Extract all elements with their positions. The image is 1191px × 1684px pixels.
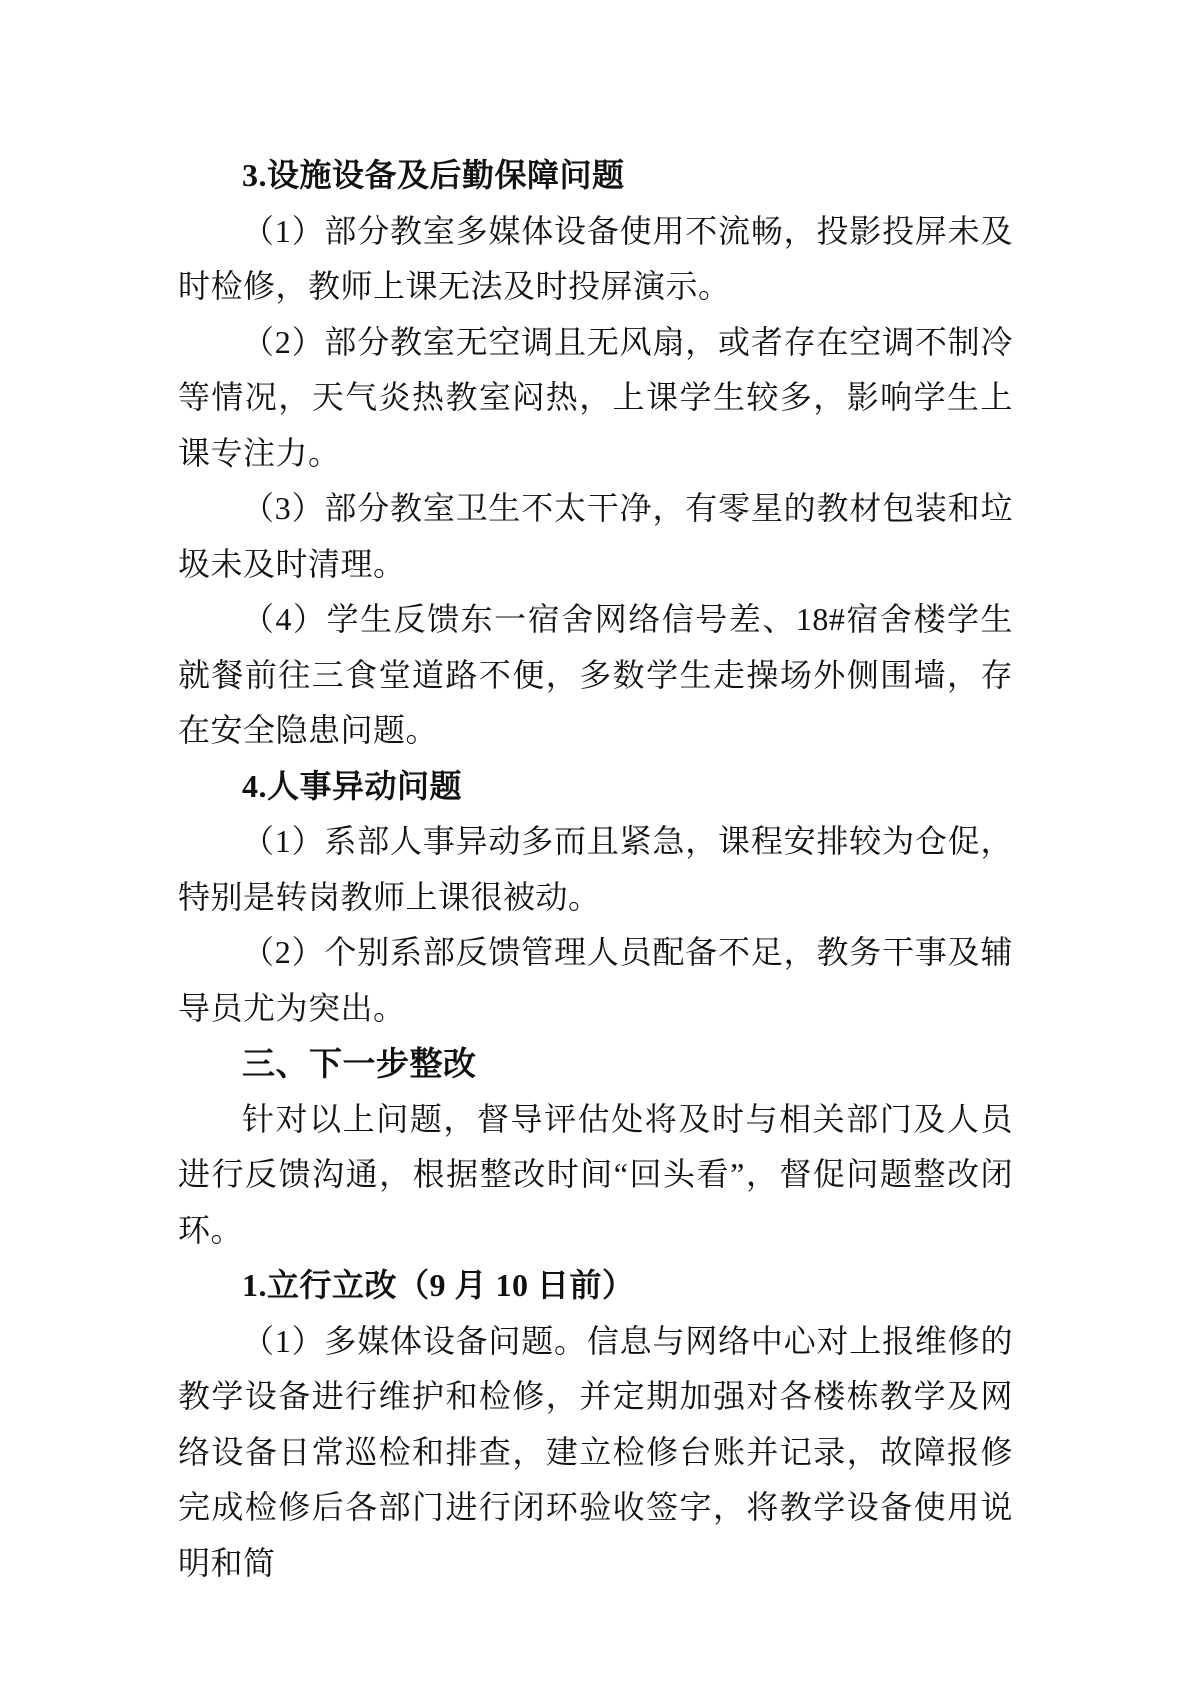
heading-facilities-issues: 3.设施设备及后勤保障问题 [178, 148, 1013, 204]
paragraph-rectification-plan: 针对以上问题，督导评估处将及时与相关部门及人员进行反馈沟通，根据整改时间“回头看… [178, 1092, 1013, 1259]
heading-next-step: 三、下一步整改 [178, 1036, 1013, 1092]
paragraph-staff-shortage: （2）个别系部反馈管理人员配备不足，教务干事及辅导员尤为突出。 [178, 925, 1013, 1036]
paragraph-equipment-fix: （1）多媒体设备问题。信息与网络中心对上报维修的教学设备进行维护和检修，并定期加… [178, 1314, 1013, 1592]
paragraph-dorm-issue: （4）学生反馈东一宿舍网络信号差、18#宿舍楼学生就餐前往三食堂道路不便，多数学… [178, 592, 1013, 759]
paragraph-multimedia-issue: （1）部分教室多媒体设备使用不流畅，投影投屏未及时检修，教师上课无法及时投屏演示… [178, 204, 1013, 315]
heading-immediate-action: 1.立行立改（9 月 10 日前） [178, 1258, 1013, 1314]
heading-personnel-issues: 4.人事异动问题 [178, 759, 1013, 815]
paragraph-hygiene-issue: （3）部分教室卫生不太干净，有零星的教材包装和垃圾未及时清理。 [178, 481, 1013, 592]
paragraph-personnel-change: （1）系部人事异动多而且紧急，课程安排较为仓促，特别是转岗教师上课很被动。 [178, 814, 1013, 925]
document-body: 3.设施设备及后勤保障问题 （1）部分教室多媒体设备使用不流畅，投影投屏未及时检… [178, 148, 1013, 1591]
paragraph-aircon-issue: （2）部分教室无空调且无风扇，或者存在空调不制冷等情况，天气炎热教室闷热，上课学… [178, 315, 1013, 482]
document-page: 3.设施设备及后勤保障问题 （1）部分教室多媒体设备使用不流畅，投影投屏未及时检… [0, 0, 1191, 1684]
